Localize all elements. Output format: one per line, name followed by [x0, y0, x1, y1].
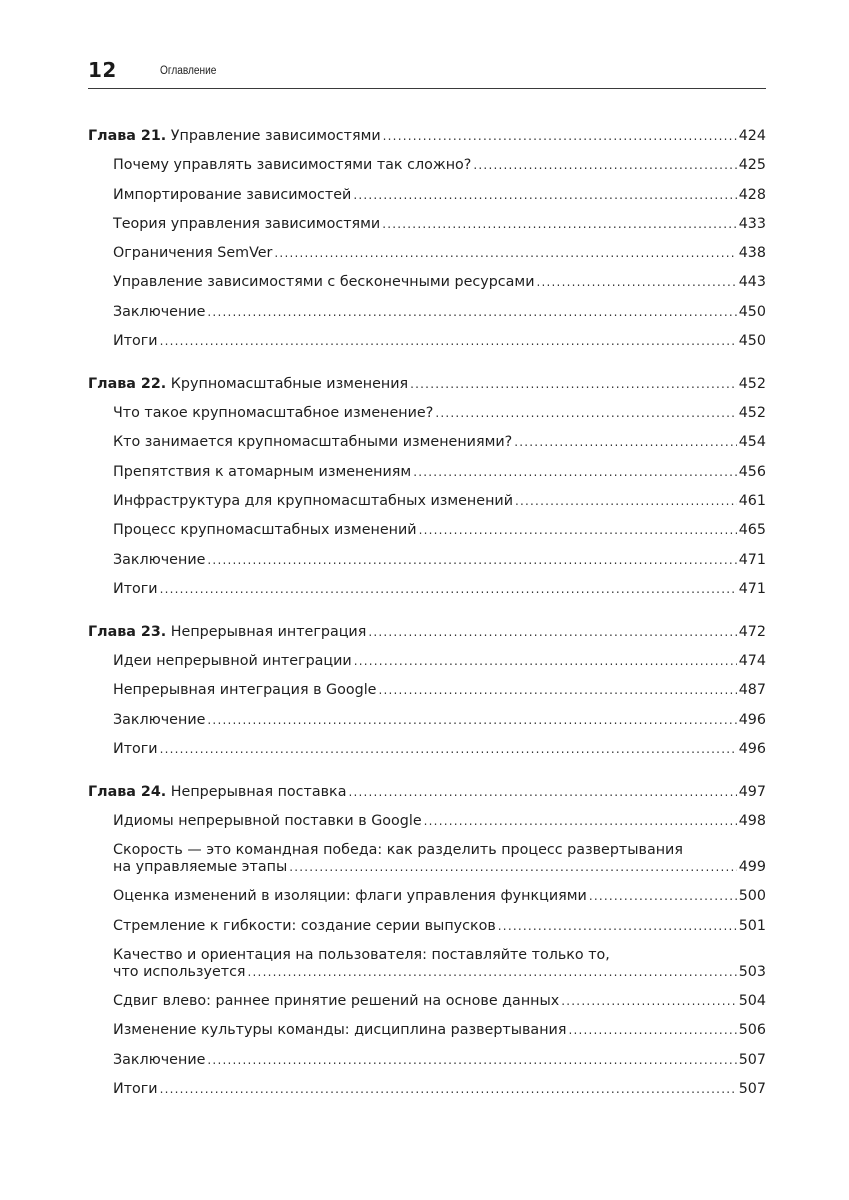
table-of-contents: Глава 21. Управление зависимостями424Поч…	[88, 122, 766, 1118]
chapter-page: 424	[739, 122, 766, 151]
section-title: Заключение	[113, 546, 205, 575]
section-title-continued: на управляемые этапы	[113, 859, 287, 876]
toc-section-entry[interactable]: Инфраструктура для крупномасштабных изме…	[88, 487, 766, 516]
dot-leader	[383, 122, 737, 151]
dot-leader	[348, 778, 736, 807]
toc-section-entry[interactable]: Идиомы непрерывной поставки в Google498	[88, 807, 766, 836]
section-page: 496	[739, 706, 766, 735]
toc-section-entry[interactable]: Итоги471	[88, 575, 766, 604]
section-title: Заключение	[113, 706, 205, 735]
section-page: 465	[739, 516, 766, 545]
dot-leader	[515, 487, 737, 516]
section-page: 507	[739, 1075, 766, 1104]
section-title: Стремление к гибкости: создание серии вы…	[113, 912, 496, 941]
dot-leader	[353, 181, 736, 210]
toc-section-entry[interactable]: Идеи непрерывной интеграции474	[88, 647, 766, 676]
section-page: 498	[739, 807, 766, 836]
section-title: Ограничения SemVer	[113, 239, 272, 268]
toc-section-entry[interactable]: Оценка изменений в изоляции: флаги управ…	[88, 882, 766, 911]
section-page: 433	[739, 210, 766, 239]
section-page: 474	[739, 647, 766, 676]
toc-section-entry[interactable]: Заключение450	[88, 298, 766, 327]
section-title: Изменение культуры команды: дисциплина р…	[113, 1016, 566, 1045]
toc-chapter: Глава 21. Управление зависимостями424Поч…	[88, 122, 766, 356]
section-title: Идиомы непрерывной поставки в Google	[113, 807, 422, 836]
dot-leader	[424, 807, 737, 836]
toc-chapter: Глава 24. Непрерывная поставка497Идиомы …	[88, 778, 766, 1104]
section-page: 438	[739, 239, 766, 268]
toc-chapter-entry[interactable]: Глава 24. Непрерывная поставка497	[88, 778, 766, 807]
toc-chapter: Глава 22. Крупномасштабные изменения452Ч…	[88, 370, 766, 604]
section-page: 506	[739, 1016, 766, 1045]
chapter-page: 497	[739, 778, 766, 807]
dot-leader	[289, 859, 736, 876]
dot-leader	[354, 647, 737, 676]
section-page: 471	[739, 546, 766, 575]
section-page: 425	[739, 151, 766, 180]
dot-leader	[368, 618, 736, 647]
section-title: Кто занимается крупномасштабными изменен…	[113, 428, 512, 457]
toc-section-entry[interactable]: Управление зависимостями с бесконечными …	[88, 268, 766, 297]
section-title: Скорость — это командная победа: как раз…	[113, 842, 766, 859]
toc-section-entry[interactable]: Кто занимается крупномасштабными изменен…	[88, 428, 766, 457]
dot-leader	[207, 1046, 736, 1075]
section-page: 452	[739, 399, 766, 428]
toc-section-entry[interactable]: Скорость — это командная победа: как раз…	[88, 836, 766, 882]
section-page: 507	[739, 1046, 766, 1075]
page-header: 12 Оглавление	[88, 56, 766, 89]
section-page: 450	[739, 327, 766, 356]
toc-section-entry[interactable]: Непрерывная интеграция в Google487	[88, 676, 766, 705]
section-title: Итоги	[113, 327, 158, 356]
dot-leader	[160, 1075, 737, 1104]
section-page: 443	[739, 268, 766, 297]
toc-section-entry[interactable]: Заключение471	[88, 546, 766, 575]
dot-leader	[514, 428, 736, 457]
section-page: 500	[739, 882, 766, 911]
section-title: Итоги	[113, 1075, 158, 1104]
toc-chapter-entry[interactable]: Глава 21. Управление зависимостями424	[88, 122, 766, 151]
dot-leader	[498, 912, 737, 941]
dot-leader	[413, 458, 737, 487]
toc-section-entry[interactable]: Препятствия к атомарным изменениям456	[88, 458, 766, 487]
section-page: 428	[739, 181, 766, 210]
dot-leader	[561, 987, 736, 1016]
toc-section-entry[interactable]: Заключение507	[88, 1046, 766, 1075]
chapter-title: Глава 21. Управление зависимостями	[88, 122, 381, 151]
section-title: Идеи непрерывной интеграции	[113, 647, 352, 676]
chapter-label: Глава 22.	[88, 376, 166, 392]
section-title-continued: что используется	[113, 964, 246, 981]
toc-section-entry[interactable]: Качество и ориентация на пользователя: п…	[88, 941, 766, 987]
dot-leader	[537, 268, 737, 297]
section-page: 454	[739, 428, 766, 457]
section-title: Почему управлять зависимостями так сложн…	[113, 151, 471, 180]
chapter-label: Глава 21.	[88, 128, 166, 144]
chapter-name: Управление зависимостями	[171, 128, 381, 144]
section-page: 456	[739, 458, 766, 487]
chapter-label: Глава 23.	[88, 624, 166, 640]
toc-section-entry[interactable]: Заключение496	[88, 706, 766, 735]
toc-section-entry[interactable]: Стремление к гибкости: создание серии вы…	[88, 912, 766, 941]
dot-leader	[473, 151, 736, 180]
section-title: Что такое крупномасштабное изменение?	[113, 399, 433, 428]
toc-section-entry[interactable]: Изменение культуры команды: дисциплина р…	[88, 1016, 766, 1045]
dot-leader	[207, 706, 736, 735]
chapter-label: Глава 24.	[88, 784, 166, 800]
toc-section-entry[interactable]: Итоги450	[88, 327, 766, 356]
section-title: Итоги	[113, 735, 158, 764]
section-page: 503	[739, 964, 766, 981]
section-title: Управление зависимостями с бесконечными …	[113, 268, 535, 297]
chapter-name: Непрерывная интеграция	[171, 624, 367, 640]
toc-chapter-entry[interactable]: Глава 22. Крупномасштабные изменения452	[88, 370, 766, 399]
toc-section-entry[interactable]: Теория управления зависимостями433	[88, 210, 766, 239]
chapter-title: Глава 24. Непрерывная поставка	[88, 778, 346, 807]
dot-leader	[382, 210, 736, 239]
section-page: 499	[739, 859, 766, 876]
toc-section-entry[interactable]: Что такое крупномасштабное изменение?452	[88, 399, 766, 428]
dot-leader	[274, 239, 736, 268]
section-title: Итоги	[113, 575, 158, 604]
dot-leader	[410, 370, 737, 399]
dot-leader	[207, 298, 736, 327]
toc-chapter: Глава 23. Непрерывная интеграция472Идеи …	[88, 618, 766, 764]
dot-leader	[160, 735, 737, 764]
section-page: 504	[739, 987, 766, 1016]
dot-leader	[160, 575, 737, 604]
dot-leader	[160, 327, 737, 356]
chapter-name: Крупномасштабные изменения	[171, 376, 408, 392]
section-title: Теория управления зависимостями	[113, 210, 380, 239]
dot-leader	[568, 1016, 736, 1045]
section-title: Непрерывная интеграция в Google	[113, 676, 376, 705]
section-title: Заключение	[113, 298, 205, 327]
toc-section-entry[interactable]: Итоги496	[88, 735, 766, 764]
section-page: 501	[739, 912, 766, 941]
toc-section-entry[interactable]: Итоги507	[88, 1075, 766, 1104]
chapter-title: Глава 22. Крупномасштабные изменения	[88, 370, 408, 399]
section-title: Препятствия к атомарным изменениям	[113, 458, 411, 487]
section-page: 471	[739, 575, 766, 604]
toc-section-entry[interactable]: Процесс крупномасштабных изменений465	[88, 516, 766, 545]
dot-leader	[419, 516, 737, 545]
section-page: 450	[739, 298, 766, 327]
section-title: Процесс крупномасштабных изменений	[113, 516, 417, 545]
section-title: Инфраструктура для крупномасштабных изме…	[113, 487, 513, 516]
dot-leader	[207, 546, 736, 575]
chapter-title: Глава 23. Непрерывная интеграция	[88, 618, 366, 647]
section-page: 461	[739, 487, 766, 516]
dot-leader	[378, 676, 736, 705]
section-title: Качество и ориентация на пользователя: п…	[113, 947, 766, 964]
section-title: Сдвиг влево: раннее принятие решений на …	[113, 987, 559, 1016]
toc-section-entry[interactable]: Сдвиг влево: раннее принятие решений на …	[88, 987, 766, 1016]
chapter-name: Непрерывная поставка	[171, 784, 347, 800]
toc-chapter-entry[interactable]: Глава 23. Непрерывная интеграция472	[88, 618, 766, 647]
chapter-page: 452	[739, 370, 766, 399]
section-title: Оценка изменений в изоляции: флаги управ…	[113, 882, 587, 911]
toc-section-entry[interactable]: Ограничения SemVer438	[88, 239, 766, 268]
toc-section-entry[interactable]: Импортирование зависимостей428	[88, 181, 766, 210]
chapter-page: 472	[739, 618, 766, 647]
section-title: Импортирование зависимостей	[113, 181, 351, 210]
dot-leader	[248, 964, 737, 981]
toc-section-entry[interactable]: Почему управлять зависимостями так сложн…	[88, 151, 766, 180]
dot-leader	[589, 882, 737, 911]
dot-leader	[435, 399, 736, 428]
page-number: 12	[88, 58, 117, 82]
section-title: Заключение	[113, 1046, 205, 1075]
section-page: 487	[739, 676, 766, 705]
running-title: Оглавление	[160, 65, 216, 77]
section-page: 496	[739, 735, 766, 764]
